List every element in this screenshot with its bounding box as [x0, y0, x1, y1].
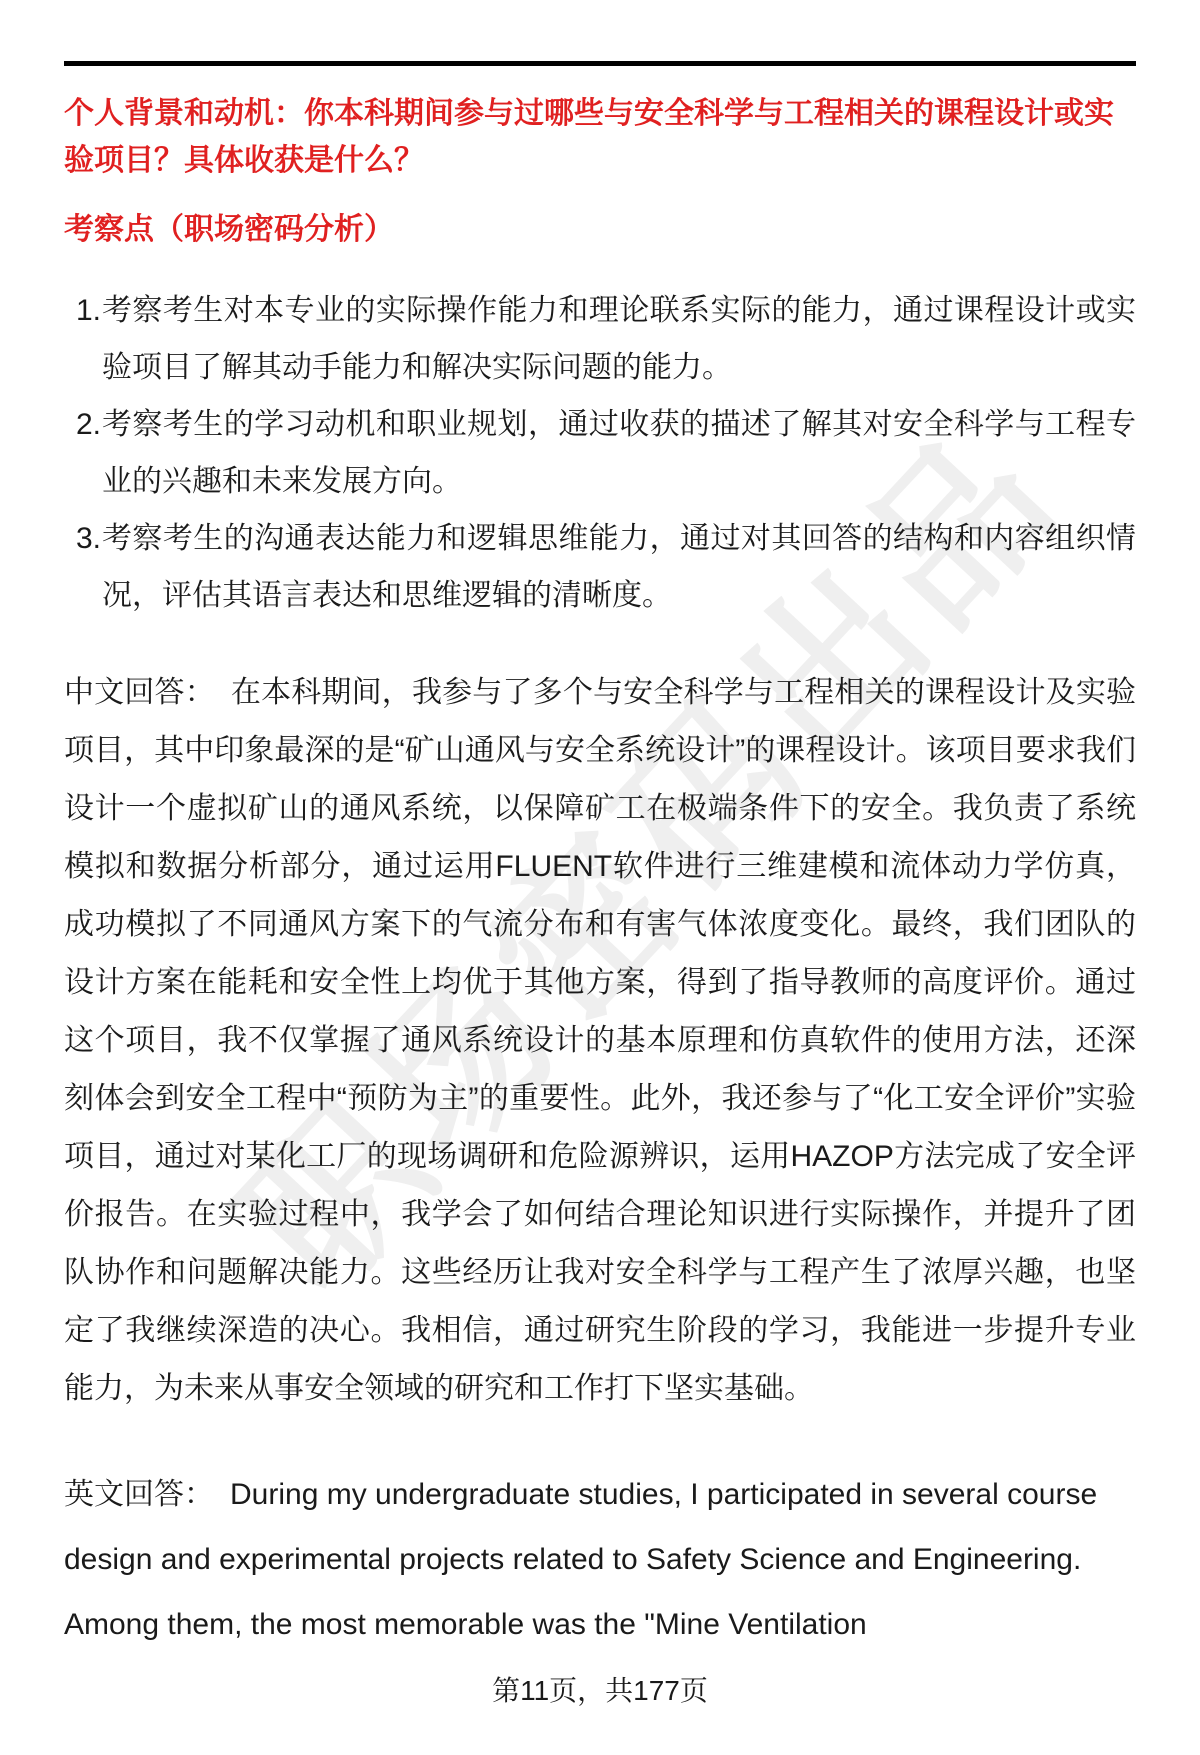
chinese-answer-text: 在本科期间，我参与了多个与安全科学与工程相关的课程设计及实验项目，其中印象最深的… — [64, 676, 1136, 1405]
section-heading: 考察点（职场密码分析） — [64, 210, 1136, 250]
english-answer-paragraph: 英文回答：During my undergraduate studies, I … — [64, 1462, 1136, 1657]
list-item-text: 考察考生的沟通表达能力和逻辑思维能力，通过对其回答的结构和内容组织情况，评估其语… — [102, 510, 1136, 624]
english-answer-text: During my undergraduate studies, I parti… — [64, 1478, 1097, 1641]
list-item: 3. 考察考生的沟通表达能力和逻辑思维能力，通过对其回答的结构和内容组织情况，评… — [64, 510, 1136, 624]
analysis-points-list: 1. 考察考生对本专业的实际操作能力和理论联系实际的能力，通过课程设计或实验项目… — [64, 282, 1136, 624]
page-number-indicator: 第11页，共177页 — [64, 1673, 1136, 1709]
list-item-text: 考察考生的学习动机和职业规划，通过收获的描述了解其对安全科学与工程专业的兴趣和未… — [102, 396, 1136, 510]
top-divider-rule — [64, 61, 1136, 66]
list-item: 2. 考察考生的学习动机和职业规划，通过收获的描述了解其对安全科学与工程专业的兴… — [64, 396, 1136, 510]
english-answer-label: 英文回答： — [64, 1478, 214, 1511]
list-item: 1. 考察考生对本专业的实际操作能力和理论联系实际的能力，通过课程设计或实验项目… — [64, 282, 1136, 396]
list-item-text: 考察考生对本专业的实际操作能力和理论联系实际的能力，通过课程设计或实验项目了解其… — [102, 282, 1136, 396]
list-item-number: 2. — [64, 396, 102, 453]
document-page: 职场密码出品 个人背景和动机：你本科期间参与过哪些与安全科学与工程相关的课程设计… — [0, 0, 1200, 1755]
chinese-answer-label: 中文回答： — [64, 676, 215, 709]
list-item-number: 1. — [64, 282, 102, 339]
list-item-number: 3. — [64, 510, 102, 567]
question-title: 个人背景和动机：你本科期间参与过哪些与安全科学与工程相关的课程设计或实验项目？具… — [64, 90, 1136, 184]
page-content: 个人背景和动机：你本科期间参与过哪些与安全科学与工程相关的课程设计或实验项目？具… — [0, 61, 1200, 1709]
chinese-answer-paragraph: 中文回答：在本科期间，我参与了多个与安全科学与工程相关的课程设计及实验项目，其中… — [64, 664, 1136, 1418]
